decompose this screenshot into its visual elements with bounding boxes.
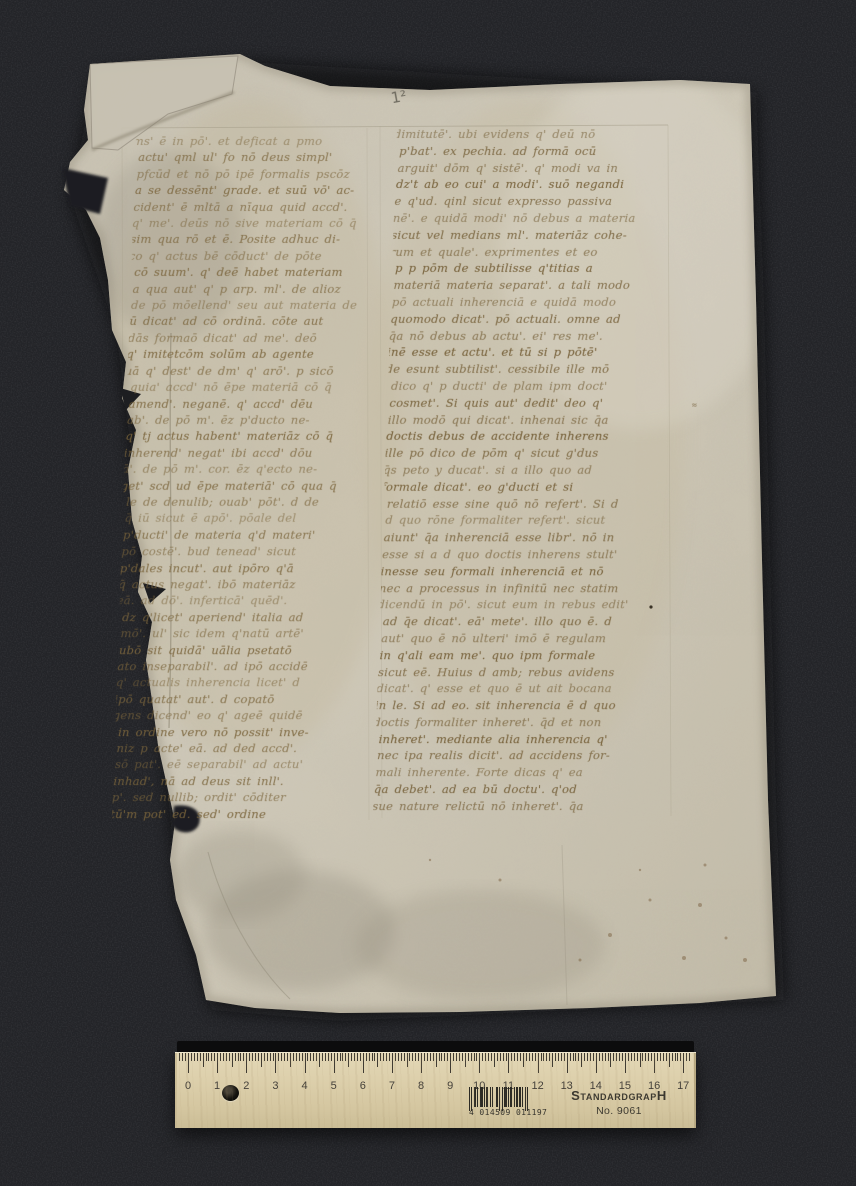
manuscript-text-line: materiā materia separat'. a tali modo [393, 277, 680, 294]
ruler-mm-tick [182, 1053, 183, 1061]
manuscript-text-line: inesse seu formali inherenciā et nō [380, 563, 670, 580]
ruler-mm-tick [441, 1053, 442, 1061]
ruler-cm-tick [508, 1053, 509, 1073]
manuscript-text-line: de esunt subtilist'. cessibile ille mō [385, 361, 677, 378]
ruler-mm-tick [293, 1053, 294, 1061]
manuscript-text-line: sue nature relictū nō inheret'. q̄a [373, 798, 662, 815]
ruler-mm-tick [511, 1053, 512, 1061]
stain-bottom-3 [175, 830, 305, 920]
ruler-mm-tick [211, 1053, 212, 1061]
ruler-model: No. 9061 [551, 1105, 687, 1117]
ruler-mm-tick [485, 1053, 486, 1061]
ruler-mm-tick [549, 1053, 550, 1061]
ruler-mm-tick [555, 1053, 556, 1061]
ruler-mm-tick [471, 1053, 472, 1061]
manuscript-text-line: dz q'licet' aperiend' italia ad [122, 609, 368, 625]
ruler-mm-tick [573, 1053, 574, 1061]
ruler-brand: StandardgrapH [551, 1088, 687, 1103]
ruler-mm-tick [514, 1053, 515, 1061]
ruler-mm-tick [232, 1053, 233, 1067]
manuscript-text-line: uā q' dest' de dm' q' arō'. p sicō [124, 363, 376, 379]
ruler-mm-tick [634, 1053, 635, 1061]
ruler-mm-tick [439, 1053, 440, 1061]
barcode-bar [522, 1087, 523, 1107]
ruler-mm-tick [354, 1053, 355, 1061]
ruler: 01234567891011121314151617 4 014509 0111… [175, 1041, 696, 1128]
ruler-mm-tick [433, 1053, 434, 1061]
ruler-mm-tick [517, 1053, 518, 1061]
ruler-mm-tick [602, 1053, 603, 1061]
ruler-cm-tick [246, 1053, 247, 1073]
ruler-mm-tick [503, 1053, 504, 1061]
ruler-mm-tick [468, 1053, 469, 1061]
ruler-mm-tick [372, 1053, 373, 1061]
ruler-mm-tick [258, 1053, 259, 1061]
barcode-bar [504, 1087, 507, 1107]
ruler-mm-tick [290, 1053, 291, 1067]
ruler-mm-tick [342, 1053, 343, 1061]
stain-bottom-2 [355, 890, 605, 1000]
ruler-mm-tick [474, 1053, 475, 1061]
manuscript-text-line: aut' quo ē nō ulteri' imō ē regulam [381, 630, 668, 647]
ruler-number: 17 [672, 1080, 694, 1092]
ruler-mm-tick [331, 1053, 332, 1061]
ruler-cm-tick [596, 1053, 597, 1073]
ruler-mm-tick [462, 1053, 463, 1061]
manuscript-text-line: q̄ actus negat'. ibō materiāz [118, 576, 369, 592]
ruler-mm-tick [613, 1053, 614, 1061]
barcode-bar [508, 1087, 509, 1107]
manuscript-text-line: q̄s peto y ducat'. si a illo quo ad [383, 462, 674, 479]
barcode-bar [514, 1087, 515, 1107]
ruler-mm-tick [558, 1053, 559, 1061]
ruler-mm-tick [543, 1053, 544, 1061]
manuscript-text-line: pfcūd et nō pō ipē formalis pscōz [136, 166, 383, 182]
ruler-cm-tick [625, 1053, 626, 1073]
ruler-number: 13 [556, 1080, 578, 1092]
folio-number-annotation: 1² [390, 87, 408, 107]
barcode-digits: 4 014509 011197 [469, 1108, 549, 1117]
ruler-mm-tick [345, 1053, 346, 1061]
manuscript-text-line: dico q' p ducti' de plam ipm doct' [391, 378, 677, 395]
ruler-number: 1 [206, 1080, 228, 1092]
manuscript-text-line: relatiō esse sine quō nō refert'. Si d [387, 496, 673, 513]
barcode-bar [486, 1087, 488, 1107]
ruler-cm-tick [683, 1053, 684, 1073]
ruler-mm-tick [497, 1053, 498, 1061]
ruler-mm-tick [281, 1053, 282, 1061]
ruler-mm-tick [401, 1053, 402, 1061]
ruler-number: 8 [410, 1080, 432, 1092]
ruler-mm-tick [663, 1053, 664, 1061]
ruler-mm-tick [386, 1053, 387, 1061]
ruler-mm-tick [249, 1053, 250, 1061]
barcode-bar [469, 1087, 470, 1111]
ruler-mm-tick [398, 1053, 399, 1061]
ruler-mm-tick [593, 1053, 594, 1061]
ruler-mm-tick [541, 1053, 542, 1061]
ruler-mm-tick [255, 1053, 256, 1061]
ruler-mm-tick [208, 1053, 209, 1061]
manuscript-text-line: inherend' negat' ibi accd' dōu [124, 445, 374, 461]
ruler-mm-tick [631, 1053, 632, 1061]
ruler-mm-tick [575, 1053, 576, 1061]
ruler-mm-tick [523, 1053, 524, 1067]
ruler-mm-tick [374, 1053, 375, 1061]
ruler-mm-tick [407, 1053, 408, 1067]
ruler-mm-tick [675, 1053, 676, 1061]
manuscript-text-line: inhad', nā ad deus sit inll'. [113, 773, 362, 789]
ruler-mm-tick [418, 1053, 419, 1061]
ruler-mm-tick [296, 1053, 297, 1061]
manuscript-text-line: ipō quatat' aut'. d copatō [114, 691, 365, 707]
manuscript-text-line: cō suum'. q' deē habet materiam [134, 264, 380, 280]
ruler-mm-tick [360, 1053, 361, 1061]
manuscript-text-line: dimitutē'. ubi evidens q' deū nō [394, 126, 686, 143]
ruler-cm-tick [538, 1053, 539, 1073]
ruler-barcode: 4 014509 011197 [469, 1087, 549, 1117]
manuscript-text-line: sō pat'. eē separabil' ad actu' [115, 756, 363, 772]
ruler-mm-tick [357, 1053, 358, 1061]
ruler-mm-tick [459, 1053, 460, 1061]
ruler-cm-tick [392, 1053, 393, 1073]
ruler-mm-tick [436, 1053, 437, 1067]
ruler-mm-tick [243, 1053, 244, 1061]
ruler-mm-tick [640, 1053, 641, 1067]
manuscript-text-line: doctis debus de accidente inherens [386, 428, 675, 445]
ruler-number: 16 [643, 1080, 665, 1092]
ruler-mm-tick [628, 1053, 629, 1061]
manuscript-text-line: pō actuali inherenciā e quidā modo [392, 294, 680, 311]
ruler-mm-tick [456, 1053, 457, 1061]
ruler-number: 11 [497, 1080, 519, 1092]
manuscript-text-line: ad q̄e dicat'. eā' mete'. illo quo ē. d [383, 613, 669, 630]
ruler-number: 3 [264, 1080, 286, 1092]
manuscript-text-line: illo modō qui dicat'. inhenai sic q̄a [388, 412, 676, 429]
ruler-mm-tick [599, 1053, 600, 1061]
manuscript-text-line: q' tj actus habent' materiāz cō q̄ [125, 428, 374, 444]
ruler-number: 9 [439, 1080, 461, 1092]
manuscript-text-line: de pō mōellend' seu aut materia de [131, 297, 379, 313]
ruler-mm-tick [677, 1053, 678, 1061]
ruler-mm-tick [284, 1053, 285, 1061]
ruler-brand-block: StandardgrapH No. 9061 [551, 1088, 687, 1117]
ruler-cm-tick [217, 1053, 218, 1073]
ruler-mm-tick [351, 1053, 352, 1061]
ruler-mm-tick [235, 1053, 236, 1061]
ruler-mm-tick [651, 1053, 652, 1061]
ruler-mm-tick [491, 1053, 492, 1061]
barcode-bar [516, 1087, 518, 1107]
ruler-mm-tick [605, 1053, 606, 1061]
ruler-mm-tick [535, 1053, 536, 1061]
ruler-cm-tick [363, 1053, 364, 1073]
manuscript-text-line: q̄a nō debus ab actu'. ei' res me'. [388, 328, 678, 345]
ruler-mm-tick [226, 1053, 227, 1061]
ruler-mm-tick [427, 1053, 428, 1061]
ruler-hanging-hole [222, 1085, 239, 1101]
barcode-bar [484, 1087, 485, 1107]
ruler-mm-tick [220, 1053, 221, 1061]
manuscript-left-column: ms' ē in pō'. et deficat a pmoactu' qml … [112, 133, 384, 825]
ruler-mm-tick [648, 1053, 649, 1061]
manuscript-text-line: p'. sed nullib; ordit' cōditer [112, 789, 361, 805]
ruler-mm-tick [570, 1053, 571, 1061]
manuscript-text-line: nē'. e quidā modi' nō debus a materia [393, 210, 683, 227]
manuscript-text-line: cosmet'. Si quis aut' dedit' deo q' [389, 395, 676, 412]
ruler-mm-tick [200, 1053, 201, 1061]
ruler-mm-tick [476, 1053, 477, 1061]
manuscript-text-line: mali inherente. Forte dicas q' ea [375, 764, 663, 781]
manuscript-text-line: nec ipa realis dicit'. ad accidens for- [377, 747, 664, 764]
ruler-mm-tick [302, 1053, 303, 1061]
ruler-mm-tick [191, 1053, 192, 1061]
ruler-mm-tick [287, 1053, 288, 1061]
ruler-mm-tick [546, 1053, 547, 1061]
ruler-mm-tick [404, 1053, 405, 1061]
ruler-mm-tick [322, 1053, 323, 1061]
manuscript-text-line: p'dales incut'. aut ipōro q'ā [120, 560, 370, 576]
ruler-mm-tick [520, 1053, 521, 1061]
manuscript-text-line: arguit' dōm q' sistē'. q' modi va in [397, 160, 684, 177]
ruler-mm-tick [689, 1053, 690, 1061]
ruler-cm-tick [567, 1053, 568, 1073]
manuscript-text-line: dicat'. q' esse et quo ē ut ait bocana [376, 680, 666, 697]
ruler-mm-tick [608, 1053, 609, 1061]
ruler-mm-tick [666, 1053, 667, 1061]
ruler-number: 7 [381, 1080, 403, 1092]
manuscript-text-line: quia' accd' nō ēpe materiā cō q̄ [130, 379, 376, 395]
manuscript-text-line: cident' ē mltā a nīqua quid accd'. [133, 199, 382, 215]
ruler-mm-tick [660, 1053, 661, 1061]
barcode-bar [496, 1087, 498, 1107]
ruler-mm-tick [430, 1053, 431, 1061]
ruler-number: 12 [527, 1080, 549, 1092]
ruler-mm-tick [194, 1053, 195, 1061]
manuscript-text-line: a qua aut' q' p arp. ml'. de alioz [132, 281, 379, 297]
ruler-mm-tick [185, 1053, 186, 1061]
ruler-cm-tick [450, 1053, 451, 1073]
ruler-mm-tick [532, 1053, 533, 1061]
ruler-mm-tick [622, 1053, 623, 1061]
manuscript-text-line: actu' qml ul' fo nō deus simpl' [138, 149, 384, 165]
manuscript-text-line: doctis formaliter inheret'. q̄d et non [373, 714, 665, 731]
ruler-mm-tick [278, 1053, 279, 1061]
ruler-mm-tick [310, 1053, 311, 1061]
ruler-number: 2 [235, 1080, 257, 1092]
ruler-mm-tick [680, 1053, 681, 1061]
ruler-mm-tick [669, 1053, 670, 1067]
ruler-mm-tick [395, 1053, 396, 1061]
barcode-bar [502, 1087, 503, 1111]
ruler-mm-tick [325, 1053, 326, 1061]
ruler-mm-tick [642, 1053, 643, 1061]
ruler-mm-tick [313, 1053, 314, 1061]
manuscript-text-line: dz't ab eo cui' a modi'. suō negandi [396, 176, 684, 193]
ruler-mm-tick [581, 1053, 582, 1067]
ruler-mm-tick [561, 1053, 562, 1061]
ruler-mm-tick [444, 1053, 445, 1061]
ruler-mm-tick [453, 1053, 454, 1061]
ruler-mm-tick [377, 1053, 378, 1067]
ruler-mm-tick [252, 1053, 253, 1061]
ruler-number: 4 [294, 1080, 316, 1092]
ruler-mm-tick [203, 1053, 204, 1067]
ruler-mm-tick [482, 1053, 483, 1061]
ruler-wood-body: 01234567891011121314151617 4 014509 0111… [175, 1052, 696, 1128]
manuscript-text-line: get' scd ud ēpe materiā' cō qua q̄ [120, 478, 372, 494]
manuscript-text-line: amend'. neganē. q' accd' dēu [128, 396, 375, 412]
ruler-mm-tick [389, 1053, 390, 1061]
manuscript-text-line: in q'ali eam me'. quo ipm formale [379, 647, 667, 664]
margin-correction-mark: ≈ [691, 400, 697, 410]
ruler-number: 15 [614, 1080, 636, 1092]
manuscript-text-line: a se dessēnt' grade. et suū vō' ac- [135, 182, 383, 198]
ruler-mm-tick [526, 1053, 527, 1061]
ruler-mm-tick [500, 1053, 501, 1061]
ruler-mm-tick [657, 1053, 658, 1061]
manuscript-text-line: tū'm pot' ed. sed' ordine [112, 806, 361, 822]
ruler-mm-tick [307, 1053, 308, 1061]
manuscript-text-line: dicendū in pō'. sicut eum in rebus edit' [377, 596, 669, 613]
manuscript-right-column: dimitutē'. ubi evidens q' deū nōp'bat'. … [373, 126, 685, 820]
ruler-mm-tick [179, 1053, 180, 1061]
barcode-bar [499, 1087, 500, 1111]
manuscript-text-line: niz p acte' eā. ad ded accd'. [116, 740, 363, 756]
manuscript-text-line: inheret'. mediante alia inherencia q' [378, 731, 664, 748]
manuscript-text-line: pō costē'. bud tenead' sicut [121, 543, 370, 559]
ruler-mm-tick [197, 1053, 198, 1061]
manuscript-text-line: nec a processus in infinitū nec statim [379, 580, 670, 597]
ruler-mm-tick [206, 1053, 207, 1061]
manuscript-text-line: p p pōm de subtilisse q'titias a [395, 260, 681, 277]
barcode-bar [519, 1087, 521, 1107]
ruler-mm-tick [552, 1053, 553, 1067]
manuscript-text-line: q' imitetcōm solūm ab agente [126, 346, 377, 362]
ruler-mm-tick [328, 1053, 329, 1061]
manuscript-text-line: formale dicat'. eo g'ducti et si [381, 479, 673, 496]
manuscript-text-line: p'ducti' de materia q'd materi' [123, 527, 371, 543]
ruler-mm-tick [488, 1053, 489, 1061]
ruler-cm-tick [654, 1053, 655, 1073]
manuscript-text-line: ille pō dico de pōm q' sicut g'dus [384, 445, 674, 462]
ruler-cm-tick [421, 1053, 422, 1073]
ruler-mm-tick [229, 1053, 230, 1061]
ruler-mm-tick [238, 1053, 239, 1061]
manuscript-text-line: in le. Si ad eo. sit inherencia ē d quo [375, 697, 666, 714]
ruler-cm-tick [334, 1053, 335, 1073]
manuscript-text-line: q' me'. deūs nō sive materiam cō q̄ [132, 215, 382, 231]
ruler-mm-tick [590, 1053, 591, 1061]
ruler-mm-tick [214, 1053, 215, 1061]
ruler-mm-tick [494, 1053, 495, 1067]
manuscript-text-line: p'bat'. ex pechia. ad formā ocū [399, 143, 685, 160]
ruler-mm-tick [564, 1053, 565, 1061]
ruler-mm-tick [686, 1053, 687, 1061]
ruler-mm-tick [616, 1053, 617, 1061]
ruler-mm-tick [319, 1053, 320, 1067]
ruler-mm-tick [261, 1053, 262, 1067]
ruler-mm-tick [380, 1053, 381, 1061]
barcode-bar [510, 1087, 512, 1107]
ruler-mm-tick [610, 1053, 611, 1067]
barcode-bar [492, 1087, 493, 1107]
manuscript-text-line: in ordine vero nō possit' inve- [118, 724, 364, 740]
ruler-cm-tick [305, 1053, 306, 1073]
manuscript-text-line: ato inseparabil'. ad ipō accidē [117, 658, 366, 674]
ruler-mm-tick [299, 1053, 300, 1061]
ruler-number: 0 [177, 1080, 199, 1092]
manuscript-text-line: ā'. de pō m'. cor. ēz q'ecto ne- [122, 461, 373, 477]
ruler-mm-tick [366, 1053, 367, 1061]
manuscript-text-line: quomodo dicat'. pō actuali. omne ad [390, 311, 679, 328]
ruler-mm-tick [348, 1053, 349, 1067]
ruler-mm-tick [578, 1053, 579, 1061]
manuscript-text-line: aiunt' q̄a inherenciā esse libr'. nō in [383, 529, 671, 546]
manuscript-text-line: inē esse et actu'. et tū si p pōtē' [387, 344, 678, 361]
ruler-mm-tick [465, 1053, 466, 1067]
manuscript-text-line: sicut eē. Huius d amb; rebus avidens [378, 664, 667, 681]
ruler-mm-tick [637, 1053, 638, 1061]
manuscript-text-line: eā. ad dō'. inferticā' quēd'. [116, 592, 368, 608]
barcode-bar [471, 1087, 472, 1111]
ruler-mm-tick [412, 1053, 413, 1061]
manuscript-text-line: esse si a d quo doctis inherens stult' [382, 546, 671, 563]
ruler-mm-tick [270, 1053, 271, 1061]
ruler-cm-tick [188, 1053, 189, 1073]
ruler-mm-tick [506, 1053, 507, 1061]
ruler-mm-tick [369, 1053, 370, 1061]
manuscript-text-line: e q'ud. qinl sicut expresso passiva [394, 193, 683, 210]
barcode-bar [477, 1087, 478, 1107]
ruler-mm-tick [672, 1053, 673, 1061]
ruler-mm-tick [587, 1053, 588, 1061]
manuscript-text-line: q' actualis inherencia licet' d [116, 674, 366, 690]
ruler-mm-tick [529, 1053, 530, 1061]
manuscript-text-line: ubō sit quidā' uālia psetatō [119, 642, 367, 658]
manuscript-text-line: ms' ē in pō'. et deficat a pmo [133, 133, 385, 149]
manuscript-text-line: sim qua rō et ē. Posite adhuc di- [130, 231, 381, 247]
ruler-mm-tick [447, 1053, 448, 1061]
ruler-mm-tick [619, 1053, 620, 1061]
ruler-mm-tick [264, 1053, 265, 1061]
manuscript-text-line: mō'. ul' sic idem q'natū artē' [120, 625, 367, 641]
photo-stage: 1² ms' ē in pō'. et deficat a pmoactu' q… [0, 0, 856, 1186]
ruler-mm-tick [424, 1053, 425, 1061]
ruler-mm-tick [337, 1053, 338, 1061]
manuscript-text-line: co q' actus bē cōduct' de pōte [128, 248, 380, 264]
ruler-cm-tick [275, 1053, 276, 1073]
ruler-mm-tick [267, 1053, 268, 1061]
ruler-number: 6 [352, 1080, 374, 1092]
manuscript-text-line: dās formaō dicat' ad me'. deō [128, 330, 378, 346]
barcode-bar [525, 1087, 526, 1111]
manuscript-text-line: le de denulib; ouab' pōt'. d de [126, 494, 372, 510]
manuscript-text-line: sicut vel medians ml'. materiāz cohe- [391, 227, 682, 244]
manuscript-text-line: ab'. de pō m'. ēz p'ducto ne- [127, 412, 375, 428]
ruler-mm-tick [340, 1053, 341, 1061]
manuscript-text-line: rum et quale'. exprimentes et eo [389, 244, 681, 261]
manuscript-text-line: q̄a debet'. ad ea bū doctu'. q'od [374, 781, 663, 798]
manuscript-text-line: q̄ iū sicut ē apō'. pōale del [124, 510, 371, 526]
barcode-bar [490, 1087, 491, 1107]
ruler-number: 5 [323, 1080, 345, 1092]
ruler-mm-tick [584, 1053, 585, 1061]
manuscript-text-line: d quo rōne formaliter refert'. sicut [385, 512, 672, 529]
ruler-mm-tick [223, 1053, 224, 1061]
ruler-mm-tick [409, 1053, 410, 1061]
ruler-mm-tick [273, 1053, 274, 1061]
